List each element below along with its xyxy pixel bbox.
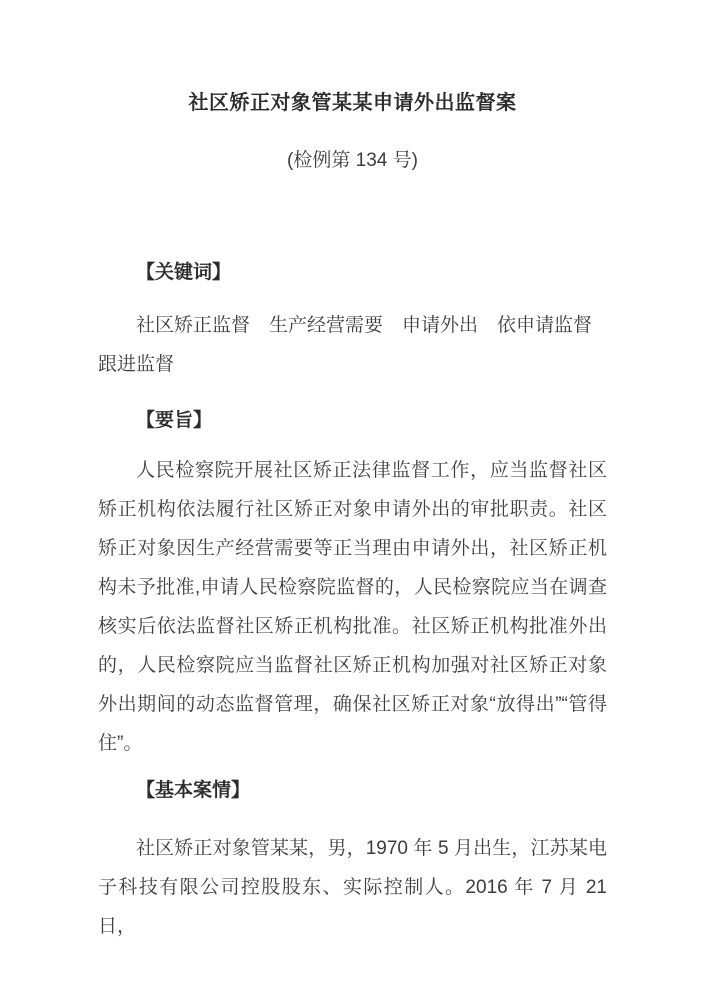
document-content: 社区矫正对象管某某申请外出监督案 (检例第 134 号) 【关键词】 社区矫正监… (0, 84, 707, 946)
section-heading-gist: 【要旨】 (98, 401, 607, 440)
section-heading-keywords: 【关键词】 (98, 253, 607, 292)
gist-paragraph: 人民检察院开展社区矫正法律监督工作，应当监督社区矫正机构依法履行社区矫正对象申请… (98, 451, 607, 763)
case-number: (检例第 134 号) (98, 141, 607, 180)
section-heading-basic-facts: 【基本案情】 (98, 771, 607, 810)
basic-facts-paragraph: 社区矫正对象管某某，男，1970 年 5 月出生，江苏某电子科技有限公司控股股东… (98, 829, 607, 946)
document-title: 社区矫正对象管某某申请外出监督案 (98, 84, 607, 123)
document-page: 社区矫正对象管某某申请外出监督案 (检例第 134 号) 【关键词】 社区矫正监… (0, 0, 707, 999)
keywords-paragraph: 社区矫正监督 生产经营需要 申请外出 依申请监督 跟进监督 (98, 306, 607, 384)
